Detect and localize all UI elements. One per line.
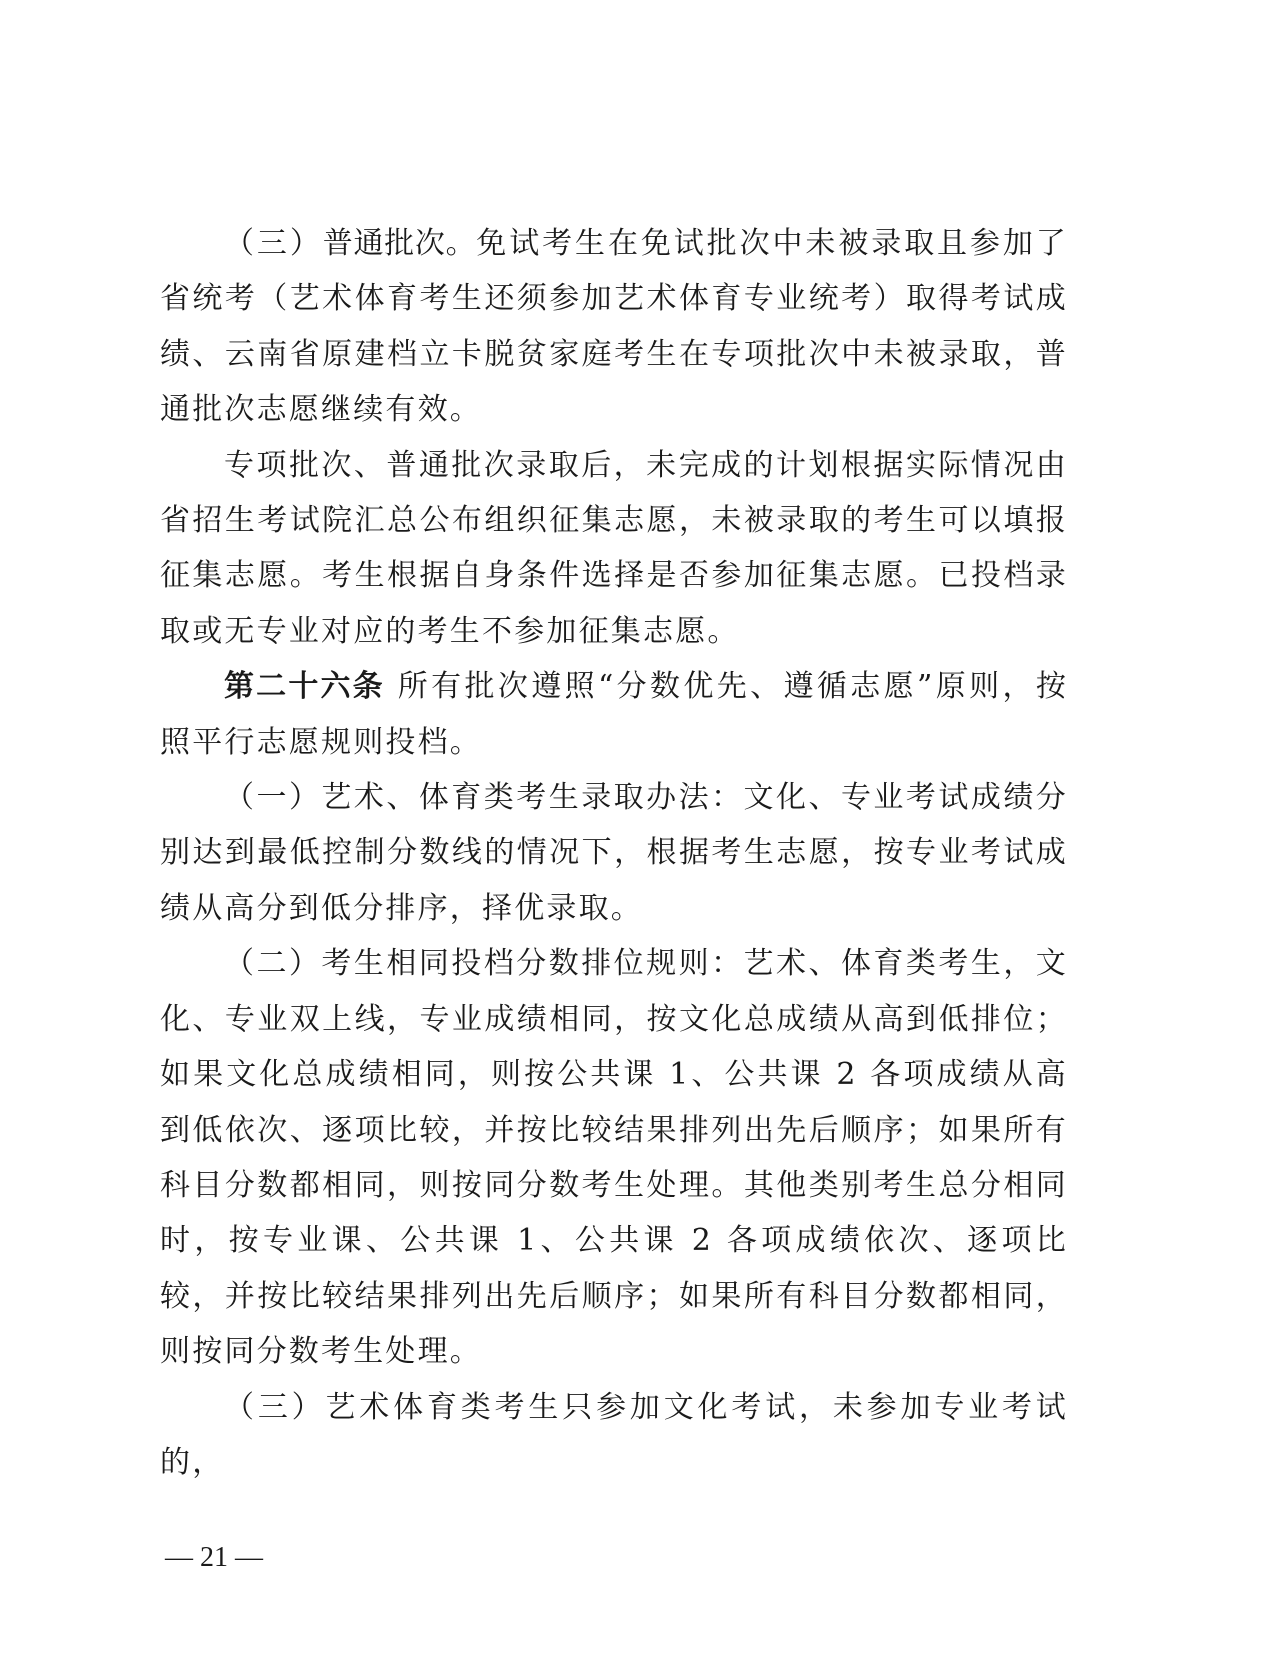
paragraph-art-sports-admission: （一）艺术、体育类考生录取办法：文化、专业考试成绩分别达到最低控制分数线的情况下… xyxy=(160,770,1068,936)
article-heading: 第二十六条 xyxy=(224,669,385,704)
paragraph-culture-only-candidates: （三）艺术体育类考生只参加文化考试，未参加专业考试的， xyxy=(160,1380,1068,1491)
paragraph-supplementary-application: 专项批次、普通批次录取后，未完成的计划根据实际情况由省招生考试院汇总公布组织征集… xyxy=(160,438,1068,660)
paragraph-text: （二）考生相同投档分数排位规则：艺术、体育类考生，文化、专业双上线，专业成绩相同… xyxy=(160,946,1068,1369)
paragraph-text: （一）艺术、体育类考生录取办法：文化、专业考试成绩分别达到最低控制分数线的情况下… xyxy=(160,780,1068,926)
list-marker: （三） xyxy=(224,226,323,261)
emphasis-term: 普通批次。 xyxy=(323,226,477,261)
paragraph-regular-batch: （三）普通批次。免试考生在免试批次中未被录取且参加了省统考（艺术体育考生还须参加… xyxy=(160,216,1068,438)
paragraph-article-26: 第二十六条 所有批次遵照“分数优先、遵循志愿”原则，按照平行志愿规则投档。 xyxy=(160,659,1068,770)
page-number: — 21 — xyxy=(165,1542,263,1574)
paragraph-text: 专项批次、普通批次录取后，未完成的计划根据实际情况由省招生考试院汇总公布组织征集… xyxy=(160,448,1068,649)
document-page: （三）普通批次。免试考生在免试批次中未被录取且参加了省统考（艺术体育考生还须参加… xyxy=(160,216,1068,1490)
paragraph-tie-break-rules: （二）考生相同投档分数排位规则：艺术、体育类考生，文化、专业双上线，专业成绩相同… xyxy=(160,936,1068,1379)
paragraph-text: （三）艺术体育类考生只参加文化考试，未参加专业考试的， xyxy=(160,1390,1068,1480)
